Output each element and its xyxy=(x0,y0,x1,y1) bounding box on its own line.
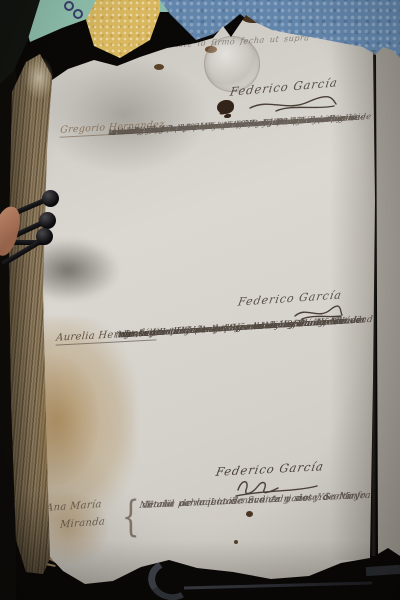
manuscript-page: y para que conste lo firmó fecha ut supr… xyxy=(0,0,400,600)
printed-circle-icon xyxy=(64,1,74,11)
signature-rubric-flourish xyxy=(246,94,338,114)
ink-blot xyxy=(217,100,234,114)
book-stand-edge xyxy=(184,582,372,590)
ink-speck xyxy=(234,540,238,544)
manuscript-line: ut supra xyxy=(108,326,167,343)
table-edge-fragment xyxy=(366,565,400,576)
clip-ball-tip xyxy=(42,190,59,207)
clip-ball-tip xyxy=(36,228,53,245)
spine-highlight xyxy=(24,56,54,100)
photo-of-parish-register: y para que conste lo firmó fecha ut supr… xyxy=(0,0,400,600)
ink-speck xyxy=(246,511,253,517)
edge-stain xyxy=(154,64,164,70)
clip-ball-tip xyxy=(39,212,56,229)
printed-circle-icon xyxy=(73,9,83,19)
entry-2-body: En veinte y cuatro de Diciembre de mil o… xyxy=(108,313,379,330)
page-shading xyxy=(40,55,210,175)
